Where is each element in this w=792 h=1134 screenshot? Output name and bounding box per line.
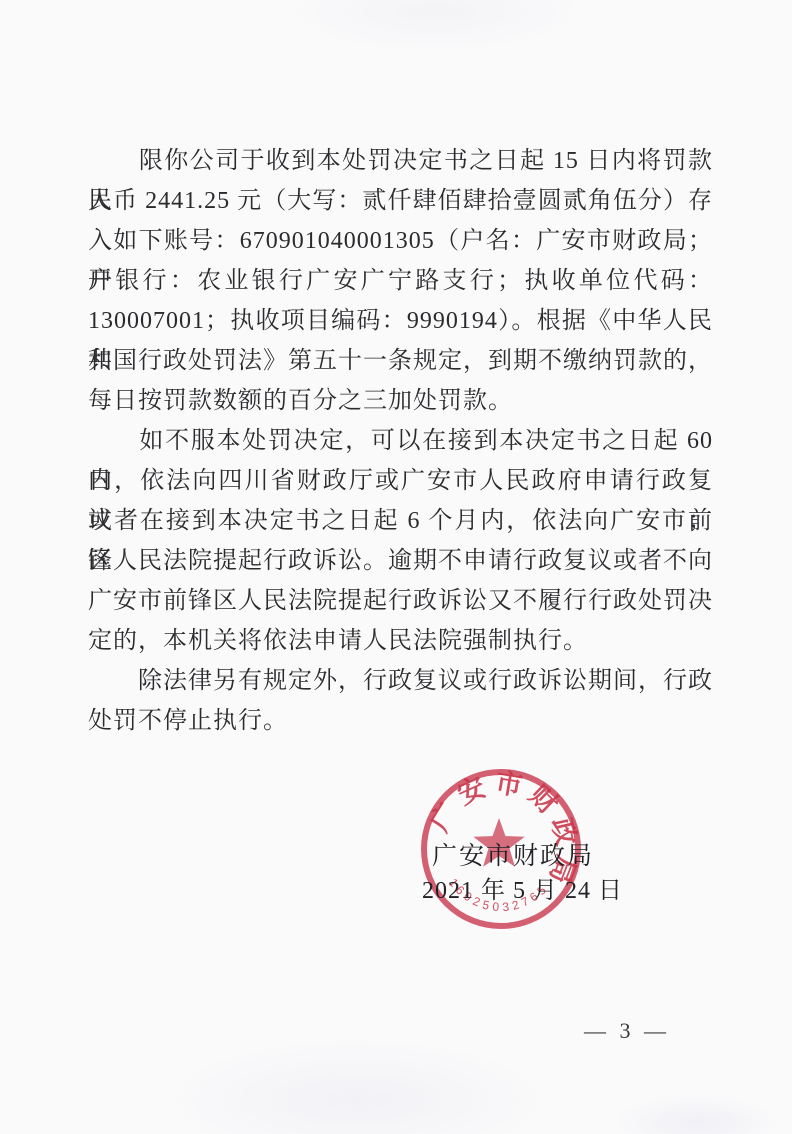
issuing-authority: 广安市财政局: [432, 836, 594, 872]
body-line: 广安市前锋区人民法院提起行政诉讼又不履行行政处罚决: [88, 581, 713, 621]
body-line: 限你公司于收到本处罚决定书之日起 15 日内将罚款人: [88, 141, 713, 181]
body-line: 每日按罚款数额的百分之三加处罚款。: [88, 381, 713, 421]
body-line: 区人民法院提起行政诉讼。逾期不申请行政复议或者不向: [88, 541, 713, 581]
body-line: 民币 2441.25 元（大写：贰仟肆佰肆拾壹圆贰角伍分）存: [88, 181, 713, 221]
body-line: 定的，本机关将依法申请人民法院强制执行。: [88, 621, 713, 661]
body-line: 除法律另有规定外，行政复议或行政诉讼期间，行政: [88, 661, 713, 701]
page-number: — 3 —: [584, 1018, 670, 1044]
body-line: 入如下账号：670901040001305（户名：广安市财政局；开: [88, 221, 713, 261]
body-line: 130007001；执收项目编码：9990194）。根据《中华人民共: [88, 301, 713, 341]
document-body: 限你公司于收到本处罚决定书之日起 15 日内将罚款人 民币 2441.25 元（…: [88, 141, 713, 741]
issue-date: 2021 年 5 月 24 日: [422, 870, 623, 905]
body-line: 或者在接到本决定书之日起 6 个月内，依法向广安市前锋: [88, 501, 713, 541]
body-line: 和国行政处罚法》第五十一条规定，到期不缴纳罚款的，: [88, 341, 713, 381]
body-line: 内，依法向四川省财政厅或广安市人民政府申请行政复议；: [88, 461, 713, 501]
body-line: 如不服本处罚决定，可以在接到本决定书之日起 60 日: [88, 421, 713, 461]
body-line: 户银行：农业银行广安广宁路支行；执收单位代码：: [88, 261, 713, 301]
scanned-document-page: 限你公司于收到本处罚决定书之日起 15 日内将罚款人 民币 2441.25 元（…: [0, 0, 792, 1134]
body-line: 处罚不停止执行。: [88, 701, 713, 741]
